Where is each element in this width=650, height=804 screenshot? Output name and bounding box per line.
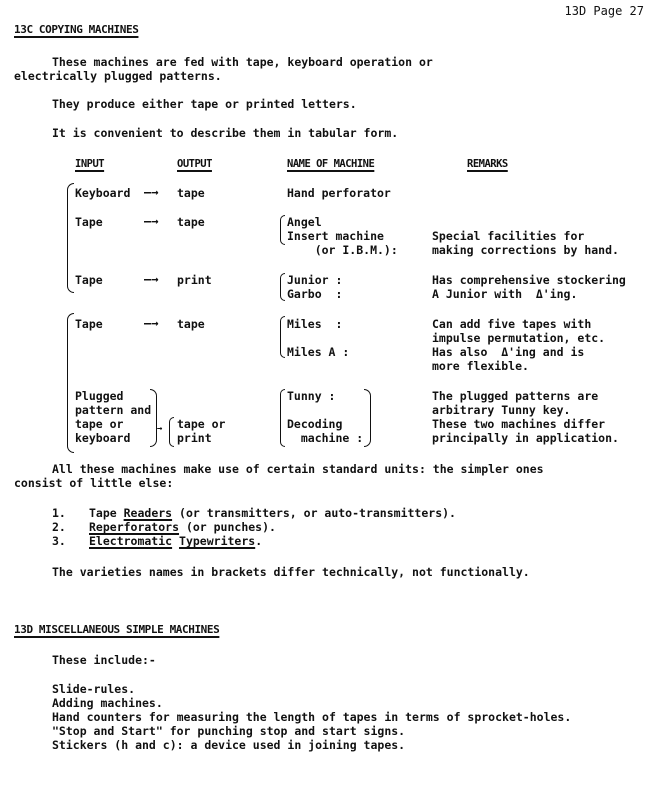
table-remarks: The plugged patterns are xyxy=(432,389,598,403)
column-header-machine-name: NAME OF MACHINE xyxy=(287,157,374,171)
column-header-input: INPUT xyxy=(75,157,104,171)
paragraph-produce: They produce either tape or printed lett… xyxy=(52,97,357,111)
unit-term: Typewriters xyxy=(179,534,255,548)
unit-list-item: 2.Reperforators (or punches). xyxy=(52,520,66,534)
table-input: Tape xyxy=(75,317,103,331)
table-remarks: Has comprehensive stockering xyxy=(432,273,626,287)
table-machine-name: Junior : xyxy=(287,273,342,287)
table-input: keyboard xyxy=(75,431,130,445)
paragraph-varieties: The varieties names in brackets differ t… xyxy=(52,565,530,579)
misc-item: Stickers (h and c): a device used in joi… xyxy=(52,738,405,752)
unit-term: Reperforators xyxy=(89,520,179,534)
paragraph-intro-line1: These machines are fed with tape, keyboa… xyxy=(52,55,433,69)
table-output: tape xyxy=(177,215,205,229)
table-output: print xyxy=(177,431,212,445)
names-brace xyxy=(280,215,285,245)
misc-item: Hand counters for measuring the length o… xyxy=(52,710,571,724)
section-heading-miscellaneous: 13D MISCELLANEOUS SIMPLE MACHINES xyxy=(14,623,219,637)
misc-item: Slide-rules. xyxy=(52,682,135,696)
table-machine-name: machine : xyxy=(287,431,363,445)
table-machine-name: Hand perforator xyxy=(287,186,391,200)
table-remarks: Special facilities for xyxy=(432,229,584,243)
table-machine-name: Miles A : xyxy=(287,345,349,359)
arrow-right-icon: → xyxy=(157,424,162,434)
unit-text: . xyxy=(255,534,262,548)
table-remarks: making corrections by hand. xyxy=(432,243,619,257)
table-input: Keyboard xyxy=(75,186,130,200)
unit-list-item: 3.Electromatic Typewriters. xyxy=(52,534,66,548)
table-output: tape or xyxy=(177,417,225,431)
table-output: tape xyxy=(177,317,205,331)
paragraph-tabular: It is convenient to describe them in tab… xyxy=(52,126,398,140)
unit-number: 3. xyxy=(52,534,66,548)
page-number: 13D Page 27 xyxy=(565,4,644,18)
unit-number: 1. xyxy=(52,506,66,520)
table-remarks: Has also Δ'ing and is xyxy=(432,345,584,359)
table-remarks: impulse permutation, etc. xyxy=(432,331,605,345)
names-brace xyxy=(280,273,285,301)
table-remarks: These two machines differ xyxy=(432,417,605,431)
paragraph-intro-line2: electrically plugged patterns. xyxy=(14,69,222,83)
output-brace xyxy=(169,417,174,447)
table-input: Plugged xyxy=(75,389,123,403)
table-remarks: principally in application. xyxy=(432,431,619,445)
misc-item: "Stop and Start" for punching stop and s… xyxy=(52,724,405,738)
table-remarks: Can add five tapes with xyxy=(432,317,591,331)
arrow-right-icon: —→ xyxy=(144,185,158,199)
table-machine-name: Decoding xyxy=(287,417,342,431)
unit-list-item: 1.Tape Readers (or transmitters, or auto… xyxy=(52,506,66,520)
group-brace-plugged-machines xyxy=(67,313,74,453)
column-header-output: OUTPUT xyxy=(177,157,212,171)
unit-text: (or transmitters, or auto-transmitters). xyxy=(172,506,456,520)
table-input: tape or xyxy=(75,417,123,431)
section-heading-copying-machines: 13C COPYING MACHINES xyxy=(14,23,138,37)
table-machine-name: Garbo : xyxy=(287,287,342,301)
table-remarks: more flexible. xyxy=(432,359,529,373)
arrow-right-icon: —→ xyxy=(144,316,158,330)
table-machine-name: Miles : xyxy=(287,317,342,331)
names-right-brace xyxy=(364,389,371,447)
unit-term: Electromatic xyxy=(89,534,172,548)
input-right-brace xyxy=(150,389,157,447)
names-brace xyxy=(280,316,285,358)
table-remarks: arbitrary Tunny key. xyxy=(432,403,570,417)
arrow-right-icon: —→ xyxy=(144,272,158,286)
names-brace xyxy=(280,389,285,447)
column-header-remarks: REMARKS xyxy=(467,157,508,171)
unit-text xyxy=(172,534,179,548)
misc-item: Adding machines. xyxy=(52,696,163,710)
unit-text: (or punches). xyxy=(179,520,276,534)
unit-number: 2. xyxy=(52,520,66,534)
table-input: Tape xyxy=(75,273,103,287)
table-machine-name: Insert machine xyxy=(287,229,384,243)
table-remarks: A Junior with Δ'ing. xyxy=(432,287,577,301)
paragraph-standard-units-line1: All these machines make use of certain s… xyxy=(52,462,544,476)
group-brace-tape-machines xyxy=(67,183,74,293)
table-machine-name: (or I.B.M.): xyxy=(287,243,398,257)
table-input: pattern and xyxy=(75,403,151,417)
table-output: print xyxy=(177,273,212,287)
unit-text: Tape xyxy=(89,506,124,520)
table-machine-name: Angel xyxy=(287,215,322,229)
table-machine-name: Tunny : xyxy=(287,389,335,403)
paragraph-standard-units-line2: consist of little else: xyxy=(14,476,173,490)
unit-term: Readers xyxy=(124,506,172,520)
table-input: Tape xyxy=(75,215,103,229)
paragraph-these-include: These include:- xyxy=(52,653,156,667)
table-output: tape xyxy=(177,186,205,200)
arrow-right-icon: —→ xyxy=(144,214,158,228)
